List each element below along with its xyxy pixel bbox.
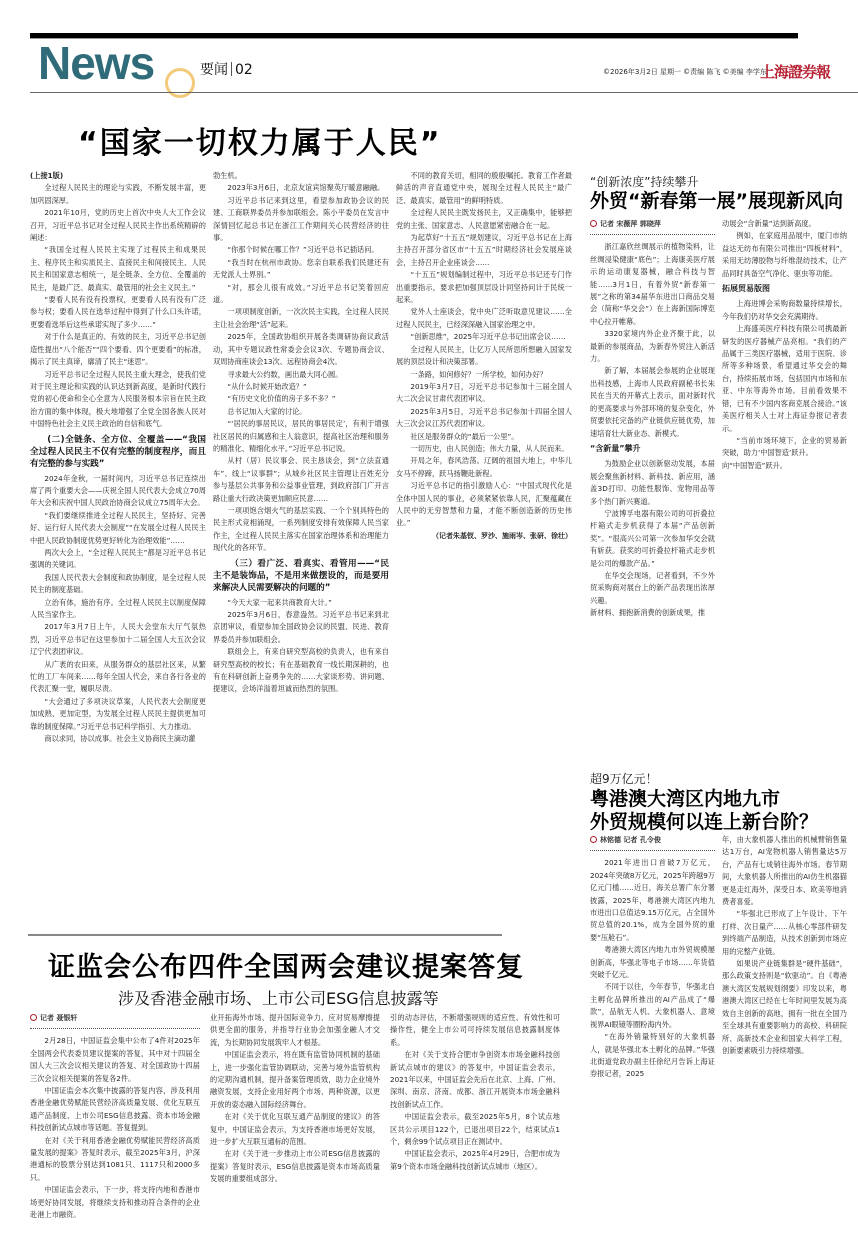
side2-headline: 粤港澳大湾区内地九市 外贸规模何以连上新台阶？ [590, 788, 818, 834]
paragraph: 引的动态评估，不断增强规则的适应性、有效性和可操作性，健全上市公司可持续发展信息… [390, 1012, 560, 1049]
bottom-subhead: 涉及香港金融市场、上市公司ESG信息披露等 [118, 986, 439, 1009]
paragraph: “创新思维”，2025年习近平总书记出席会议…… [396, 331, 572, 343]
paragraph: 从村（居）民议事会、民主恳谈会，到“立法直通车”、线上“议事群”；从城乡社区民主… [213, 455, 389, 505]
paragraph: “我们要继续推进全过程人民民主，坚持好、完善好、运行好人民代表大会制度”“在发展… [30, 510, 206, 547]
paragraph: “对，那会儿很有成效。”习近平总书记笑着回应道。 [213, 282, 389, 307]
subhead: 拓展贸易版图 [722, 283, 847, 295]
paragraph: “十五五”规划编制过程中，习近平总书记还专门作出重要指示，要求把加强顶层设计同坚… [396, 269, 572, 306]
paragraph: 2月28日，中国证监会集中公布了4件对2025年全国两会代表委员建议提案的答复，… [30, 1035, 200, 1085]
paragraph: 浙江嘉欣丝绸展示的植物染料，让丝绸浸染健康“底色”；上海康美医疗展示的运动康复器… [590, 241, 715, 328]
paragraph: 中国证监会表示，下一步，将支持内地和香港市场更好协同发展，将继续支持和推动符合条… [30, 1184, 200, 1221]
paragraph: 2025年3月6日，春意盎然。习近平总书记来到北京团审议，看望参加全国政协会议的… [213, 609, 389, 646]
paragraph: 社区是服务群众的“最后一公里”。 [396, 431, 572, 443]
paragraph: 中国证监会表示，将在既有监管协同机制的基础上，进一步强化监管协调联动，完善与境外… [210, 1049, 380, 1111]
paragraph: 新了解，本届展会参展的企业展现出科技感，上海市人民政府副秘书长朱民在当天的开幕式… [590, 365, 715, 439]
paragraph: 习近平总书记的指引激励人心：“中国式现代化是全体中国人民的事业，必须紧紧依靠人民… [396, 480, 572, 530]
paragraph: 不同的教育关切，相同的殷殷嘱托。教育工作者最鲜活的声音直通党中央，展现全过程人民… [396, 170, 572, 207]
paragraph: 不同于以往，今年春节，华强北自主孵化品牌所推出的AI产品成了“爆款”，品航无人机… [590, 981, 715, 1031]
paragraph: “有历史文化价值的房子多不多？” [213, 393, 389, 405]
side1-kicker: “创新浓度”持续攀升 [590, 173, 698, 190]
lead-signature: （记者朱基钗、罗沙、施雨岑、张研、徐壮） [396, 530, 572, 542]
paragraph: 寻求最大公约数，画出最大同心圆。 [213, 369, 389, 381]
paragraph: “当前市场环境下，企业的贸易新突破，助力‘中国智造’跃升。 [722, 435, 847, 460]
byline-text: 林铭德 记者 孔令俊 [600, 836, 661, 844]
bottom-column-2: 业开拓海外市场、提升国际竞争力、应对贸易摩擦提供更全面的服务，并指导行业协会加强… [210, 1012, 380, 1186]
paragraph: 中国证监会表示，2025年4月29日，合肥市成为第9个资本市场金融科技创新试点城… [390, 1148, 560, 1173]
side1-column-2: 动展会“含新量”达到新高度。 例如，在家庭用品展中，厦门市纳益达无纺布有限公司推… [722, 218, 847, 472]
paragraph: 党外人士座谈会，党中央广泛听取意见建议……全过程人民民主，已经深深融入国家治理之… [396, 306, 572, 331]
side2-kicker: 超9万亿元！ [590, 770, 658, 787]
paragraph: 年，由大象机器人推出的机械臂销售量达1万台，AI宠物机器人销售量达5万台，产品有… [722, 834, 847, 908]
paragraph: 2025年3月5日，习近平总书记参加十四届全国人大三次会议江苏代表团审议。 [396, 406, 572, 431]
lead-column-3: 不同的教育关切，相同的殷殷嘱托。教育工作者最鲜活的声音直通党中央，展现全过程人民… [396, 170, 572, 542]
paragraph: 习近平总书记全过程人民民主重大理念，使我们党对于民主理论和实践的认识达到新高度，… [30, 369, 206, 431]
section-separator [231, 62, 232, 76]
paragraph: 动展会“含新量”达到新高度。 [722, 218, 847, 230]
paragraph: 总书记加入大家的讨论。 [213, 406, 389, 418]
lead-column-1: (上接1版) 全过程人民民主的理论与实践，不断发展丰富，更加巩固深厚。 2021… [30, 170, 206, 745]
paragraph: 全过程人民民主，让亿万人民所思所想融入国家发展的顶层设计和决策部署。 [396, 344, 572, 369]
bottom-column-3: 引的动态评估，不断增强规则的适应性、有效性和可操作性，健全上市公司可持续发展信息… [390, 1012, 560, 1173]
paragraph: 习近平总书记来到这里，看望参加政协会议的民建、工商联界委员并参加联组会。陈小平委… [213, 195, 389, 245]
paragraph: 新材料、拥抱新消费的创新成果，推 [590, 607, 715, 619]
paragraph: 中国证监会表示，截至2025年5月，8个试点地区共公示项目122个，已退出项目2… [390, 1111, 560, 1148]
paragraph: 全过程人民民主的理论与实践，不断发展丰富，更加巩固深厚。 [30, 182, 206, 207]
paragraph: 业开拓海外市场、提升国际竞争力、应对贸易摩擦提供更全面的服务，并指导行业协会加强… [210, 1012, 380, 1049]
subhead: “含新量”攀升 [590, 443, 715, 455]
paragraph: “要看人民有没有投票权，更要看人民有没有广泛参与权；要看人民在选举过程中得到了什… [30, 294, 206, 331]
paragraph: “华强北已形成了上午设计、下午打样、次日量产……从核心零部件研发到终端产品制造，… [722, 908, 847, 958]
paragraph: “我当时在杭州市政协。您亲自联系我们民建还有无党派人士界别。” [213, 257, 389, 282]
issue-meta: ©2026年3月2日 星期一 ©责编 陈飞 ©美编 李学东 [603, 67, 767, 77]
paragraph: 2021年10月，党的历史上首次中央人大工作会议召开，习近平总书记对全过程人民民… [30, 207, 206, 244]
byline-text: 记者 宋薇萍 郭晓萍 [600, 220, 661, 228]
side2-column-2: 年，由大象机器人推出的机械臂销售量达1万台，AI宠物机器人销售量达5万台，产品有… [722, 834, 847, 1057]
page-number: 02 [235, 62, 253, 78]
paragraph: 宁波博孚电器有限公司的可折叠拉杆箱式走步机获得了本届“产品创新奖”。“很高兴公司… [590, 508, 715, 570]
paragraph: 中国证监会本次集中披露的答复内容，涉及利用香港金融优势赋能民营经济高质量发展、优… [30, 1085, 200, 1135]
paragraph: “我国全过程人民民主实现了过程民主和成果民主、程序民主和实质民主、直接民主和间接… [30, 244, 206, 294]
paragraph: 联组会上，有来自研究型高校的负责人，也有来自研究型高校的校长；有在基础教育一线长… [213, 646, 389, 696]
paragraph: 在对《关于支持合肥市争创资本市场金融科技创新试点城市的建议》的答复中，中国证监会… [390, 1049, 560, 1111]
side1-column-1: 记者 宋薇萍 郭晓萍 浙江嘉欣丝绸展示的植物染料，让丝绸浸染健康“底色”；上海康… [590, 218, 715, 620]
paragraph: 向“中国智造”跃升。 [722, 460, 847, 472]
paragraph: 开局之年，春风浩荡。辽阔的祖国大地上，中华儿女马不停蹄，跃马扬鞭赴新程。 [396, 455, 572, 480]
paragraph: 一项项制度创新，一次次民主实践，全过程人民民主让社会治理“活”起来。 [213, 306, 389, 331]
byline-marker-icon [30, 1014, 37, 1021]
side2-headline-line1: 粤港澳大湾区内地九市 [590, 788, 818, 811]
paragraph: 为鼓励企业以创新驱动发展，本届展会聚焦新材料、新科技、新应用，涵盖3D打印、功能… [590, 458, 715, 508]
paragraph: 从广袤的农田来，从服务群众的基层社区来，从繁忙的工厂车间来……每年全国人代会，来… [30, 659, 206, 696]
section-label: 要闻02 [200, 59, 253, 79]
paragraph: 2019年3月7日，习近平总书记参加十三届全国人大二次会议甘肃代表团审议。 [396, 381, 572, 406]
paragraph: 对于什么是真正的、有效的民主，习近平总书记创造性提出“八个能否”“四个要看、四个… [30, 331, 206, 368]
paragraph: 我国人民代表大会制度和政协制度，是全过程人民民主的制度基础。 [30, 572, 206, 597]
paragraph: 全过程人民民主既发扬民主，又正确集中，能够把党的主张、国家意志、人民意愿紧密融合… [396, 207, 572, 232]
paragraph: “大会通过了多项决议草案，人民代表大会制度更加成熟、更加定型，为发展全过程人民民… [30, 696, 206, 733]
paragraph: 两次大会上，“全过程人民民主”都是习近平总书记强调的关键词。 [30, 547, 206, 572]
bottom-headline: 证监会公布四件全国两会建议提案答复 [48, 945, 524, 984]
paragraph: 在华交会现场，记者看到，不少外贸采购商对展台上的新产品表现出浓厚兴趣。 [590, 570, 715, 607]
paragraph: 上海进博会采购商数量持续增长，今年我们仍对华交会充满期待。 [722, 298, 847, 323]
paragraph: 2021年进出口首破7万亿元，2024年突破8万亿元，2025年跨越9万亿元门槛… [590, 857, 715, 944]
byline-text: 记者 聂银轩 [40, 1014, 77, 1022]
paragraph: 粤港澳大湾区内地九市外贸规模屡创新高，华强北等电子市场……年货值突破千亿元。 [590, 944, 715, 981]
side2-column-1: 林铭德 记者 孔令俊 2021年进出口首破7万亿元，2024年突破8万亿元，20… [590, 834, 715, 1081]
section-heading: （三）看广泛、看真实、看管用——“民主不是装饰品，不是用来做摆设的，而是要用来解… [213, 558, 389, 594]
side2-headline-line2: 外贸规模何以连上新台阶？ [590, 811, 818, 834]
paragraph: 在对《关于进一步推动上市公司ESG信息披露的提案》答复时表示，ESG信息披露是资… [210, 1148, 380, 1185]
paragraph: 在对《关于优化互联互通产品制度的建议》的答复中，中国证监会表示，为支持香港市场更… [210, 1111, 380, 1148]
paragraph: 在对《关于利用香港金融优势赋能民营经济高质量发展的提案》答复时表示，截至2025… [30, 1135, 200, 1185]
paragraph: “从什么时候开始改造？” [213, 381, 389, 393]
side2-byline: 林铭德 记者 孔令俊 [590, 834, 715, 851]
paragraph: “‘居民的事居民议，居民的事居民定’，有利于增强社区居民的归属感和主人翁意识，提… [213, 418, 389, 455]
paragraph: “在海外销量特别好的大象机器人，就是华强北本土孵化的品牌。”华强北街道党政办副主… [590, 1031, 715, 1081]
speech-ring-icon [165, 68, 195, 98]
paragraph: 2023年3月6日，北京友谊宾馆聚英厅暖意融融。 [213, 182, 389, 194]
section-heading: (二)全链条、全方位、全覆盖——“我国全过程人民民主不仅有完整的制度程序，而且有… [30, 434, 206, 470]
side1-byline: 记者 宋薇萍 郭晓萍 [590, 218, 715, 235]
lead-column-2: 勃生机。 2023年3月6日，北京友谊宾馆聚英厅暖意融融。 习近平总书记来到这里… [213, 170, 389, 696]
side1-headline: 外贸“新春第一展”展现新风向 [590, 190, 843, 213]
paragraph: “你那个时候在哪工作？”习近平总书记插话问。 [213, 244, 389, 256]
paragraph: 例如，在家庭用品展中，厦门市纳益达无纺布有限公司推出“四板材料”，采用无纺薄胶物… [722, 230, 847, 280]
byline-marker-icon [590, 836, 597, 843]
bottom-column-1: 记者 聂银轩 2月28日，中国证监会集中公布了4件对2025年全国两会代表委员建… [30, 1012, 200, 1222]
byline-marker-icon [590, 220, 597, 227]
paper-brand-logo: 上海證券報 [760, 61, 830, 82]
paragraph: 2017年3月7日上午，人民大会堂东大厅气氛热烈，习近平总书记在这里参加十二届全… [30, 621, 206, 658]
paragraph: 勃生机。 [213, 170, 389, 182]
paragraph: 2024年金秋，一届时间内，习近平总书记连续出席了两个重要大会——庆祝全国人民代… [30, 473, 206, 510]
bottom-byline: 记者 聂银轩 [30, 1012, 200, 1029]
paragraph: 3320家境内外企业齐聚于此，以最新的参展商品，为新春外贸注入新活力。 [590, 328, 715, 365]
paragraph: 2025年，全国政协组织开展各类调研协商议政活动，其中专题议政性常委会会议3次、… [213, 331, 389, 368]
paragraph: “今天大家一起来共商教育大计。” [213, 597, 389, 609]
paragraph: 一条路，如何修好？一所学校，如何办好？ [396, 369, 572, 381]
paragraph: 如果说产业链集群是“硬件基础”，那么政策支持则是“软驱动”。自《粤港澳大湾区发展… [722, 958, 847, 1057]
news-logo: News [38, 40, 154, 86]
header-divider [30, 92, 858, 93]
continued-from: (上接1版) [30, 170, 206, 182]
section-divider [28, 934, 502, 936]
section-name: 要闻 [200, 62, 228, 78]
paragraph: 立治有体，施治有序。全过程人民民主以制度保障人民当家作主。 [30, 597, 206, 622]
paragraph: 上海盛美医疗科技有限公司携最新研发的医疗器械产品亮相。“我们的产品属于三类医疗器… [722, 323, 847, 435]
paragraph: 为起草好“十五五”规划建议，习近平总书记在上海主持召开部分省区市“十五五”时期经… [396, 232, 572, 269]
paragraph: 一项项饱含烟火气的基层实践、一个个别具特色的民主形式竞相涌现，一系列制度安排有效… [213, 505, 389, 555]
paragraph: 商以求同，协以成事。社会主义协商民主滴动灌 [30, 733, 206, 745]
paragraph: 一切历史，由人民创造；伟大力量，从人民而来。 [396, 443, 572, 455]
lead-headline: “国家一切权力属于人民” [78, 118, 441, 162]
